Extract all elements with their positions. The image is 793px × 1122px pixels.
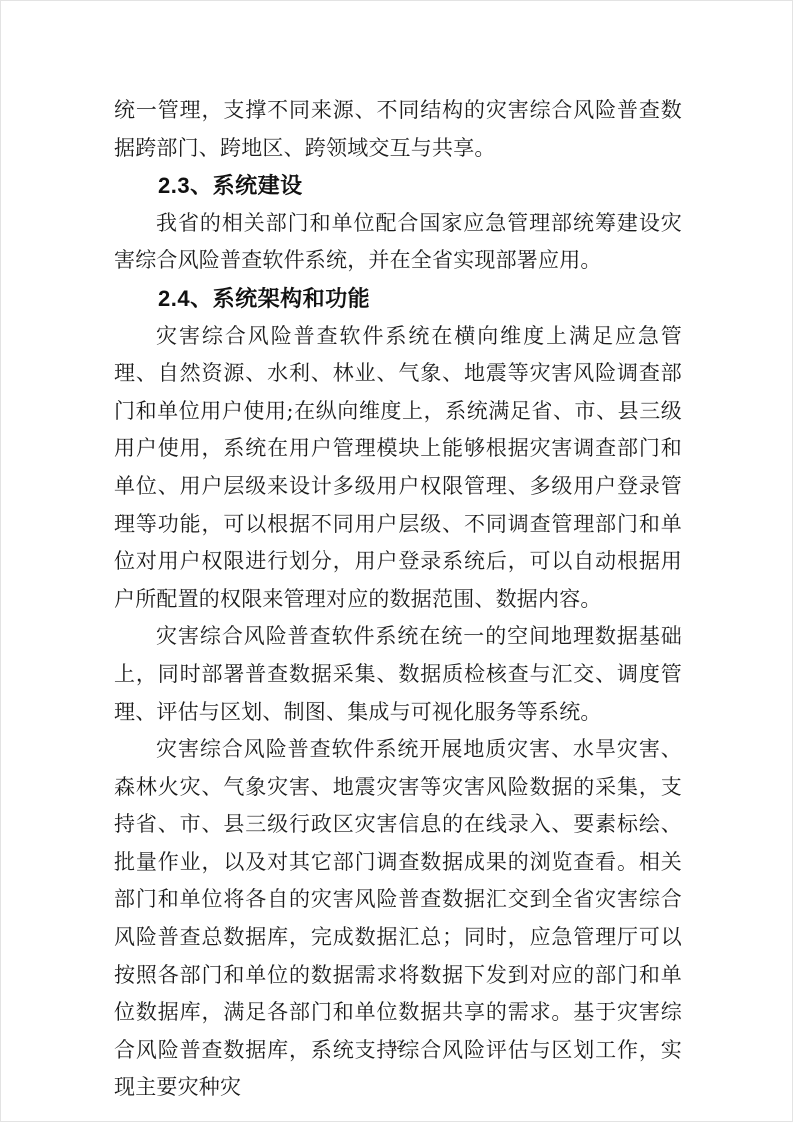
document-body: 统一管理，支撑不同来源、不同结构的灾害综合风险普查数据跨部门、跨地区、跨领域交互… bbox=[114, 92, 682, 1107]
section-heading-2-4: 2.4、系统架构和功能 bbox=[114, 280, 682, 318]
paragraph: 我省的相关部门和单位配合国家应急管理部统筹建设灾害综合风险普查软件系统，并在全省… bbox=[114, 205, 682, 280]
paragraph-continuation: 统一管理，支撑不同来源、不同结构的灾害综合风险普查数据跨部门、跨地区、跨领域交互… bbox=[114, 92, 682, 167]
document-page: 统一管理，支撑不同来源、不同结构的灾害综合风险普查数据跨部门、跨地区、跨领域交互… bbox=[0, 0, 793, 1122]
paragraph: 灾害综合风险普查软件系统在统一的空间地理数据基础上，同时部署普查数据采集、数据质… bbox=[114, 618, 682, 731]
page-number: 42 bbox=[1, 1037, 792, 1053]
section-heading-2-3: 2.3、系统建设 bbox=[114, 167, 682, 205]
paragraph: 灾害综合风险普查软件系统在横向维度上满足应急管理、自然资源、水利、林业、气象、地… bbox=[114, 318, 682, 619]
